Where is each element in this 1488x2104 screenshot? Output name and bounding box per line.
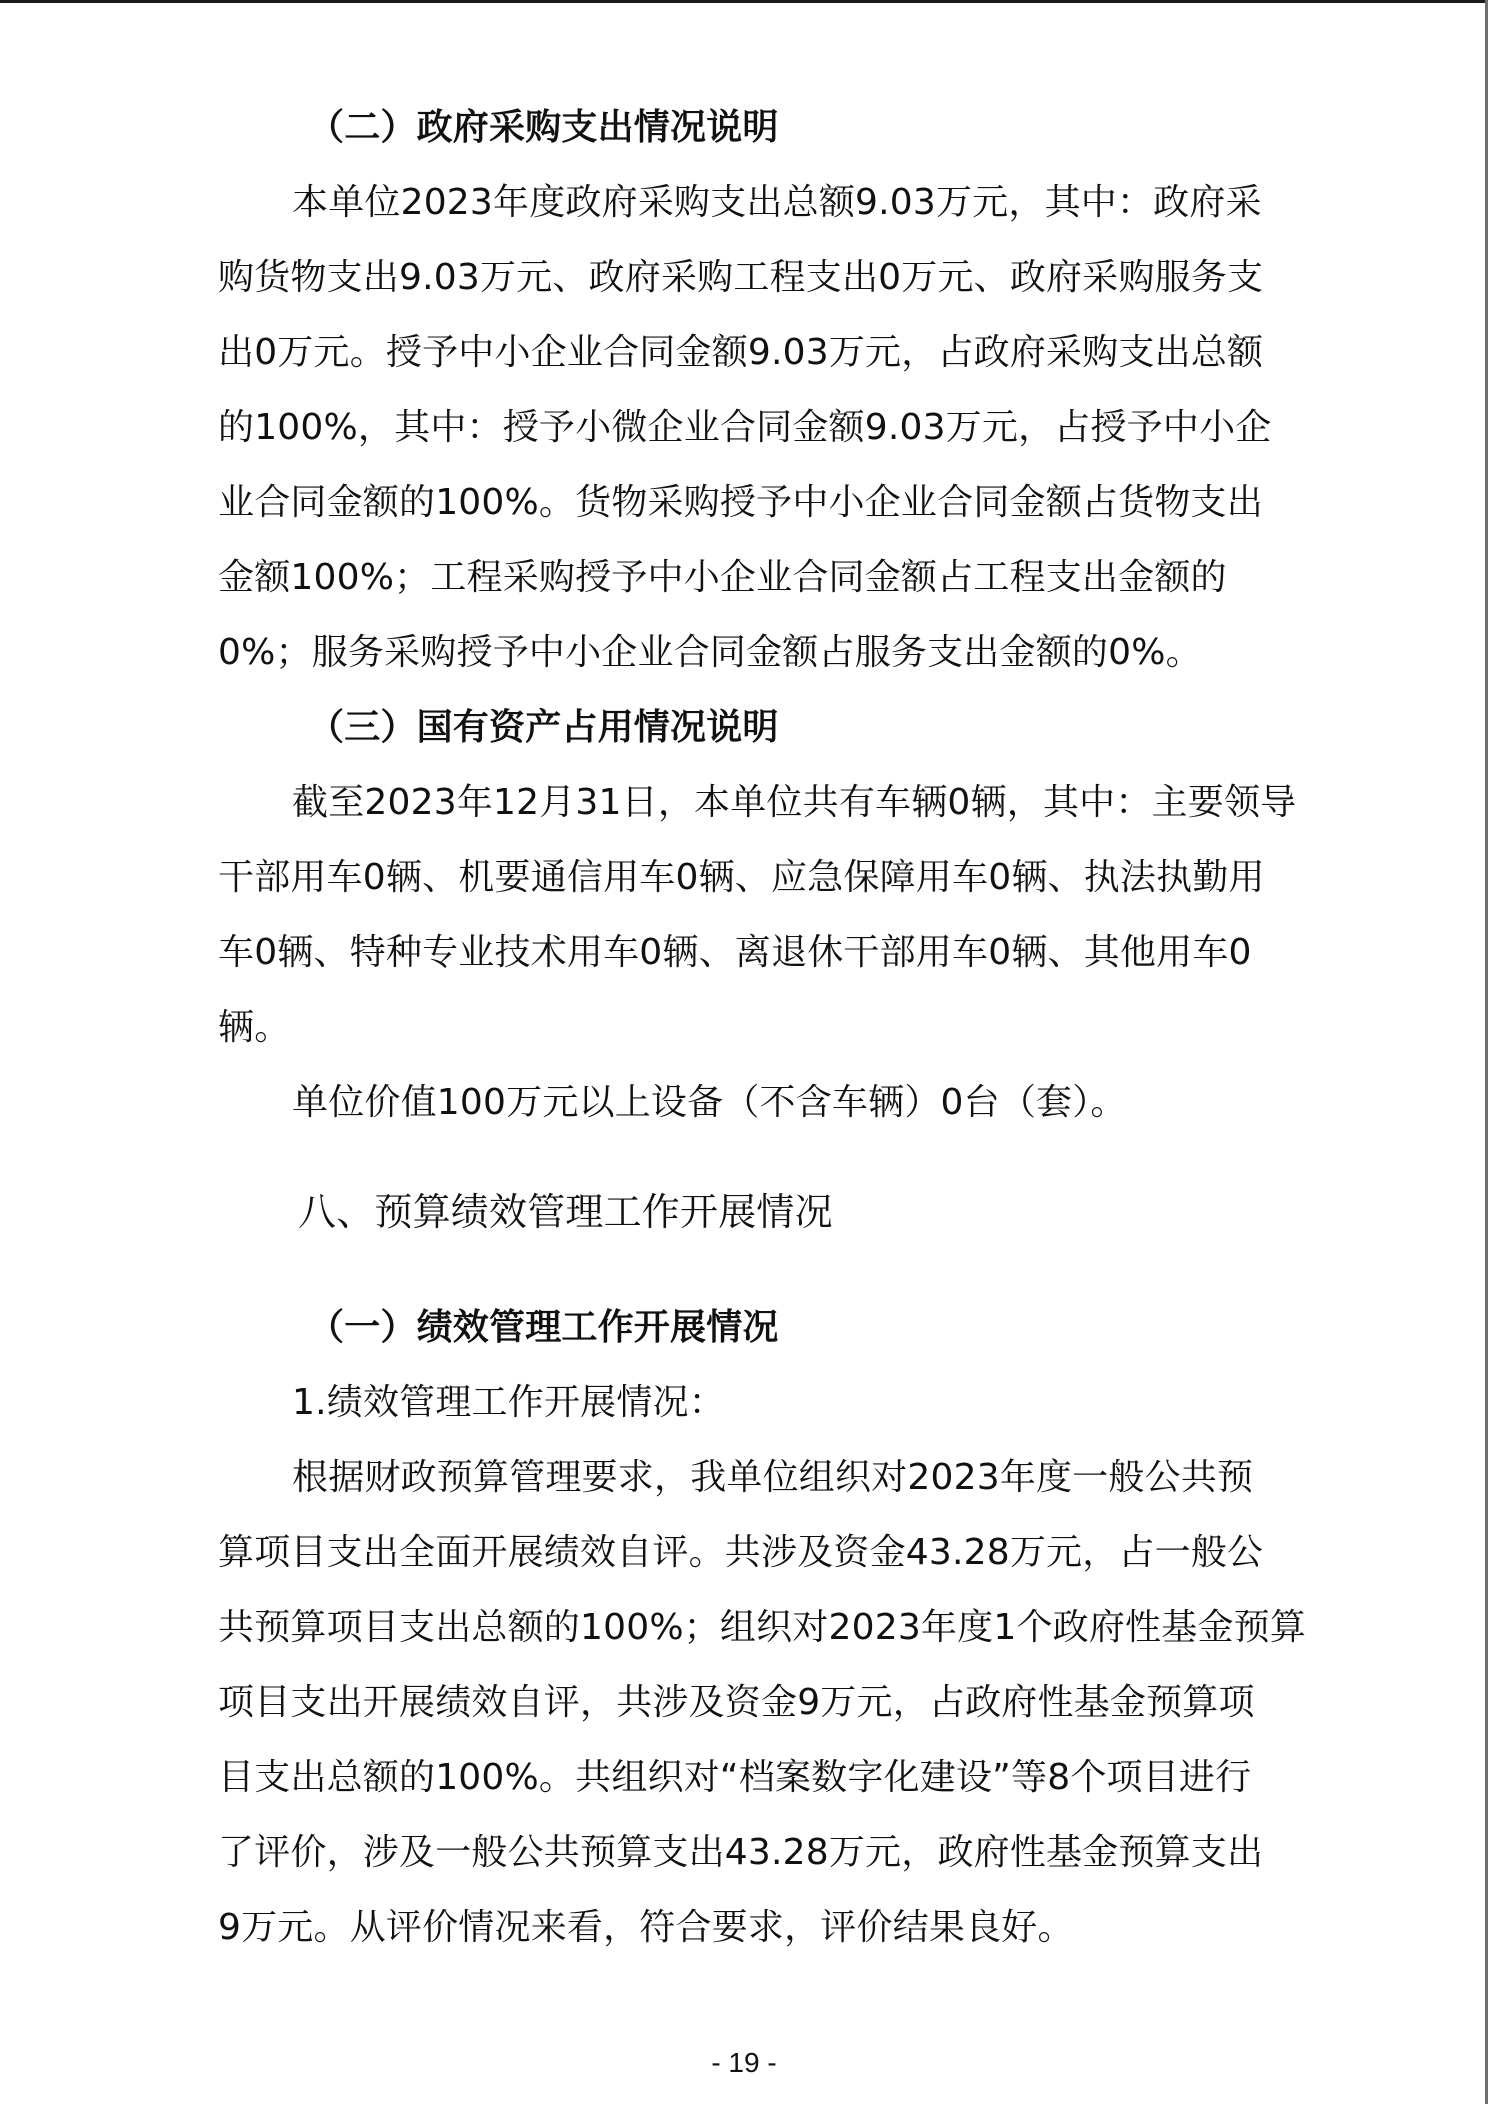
paragraph-line: 金额100%；工程采购授予中小企业合同金额占工程支出金额的: [218, 556, 1288, 600]
item-title: 1.绩效管理工作开展情况：: [292, 1381, 1288, 1425]
paragraph-line: 截至2023年12月31日，本单位共有车辆0辆，其中：主要领导: [292, 781, 1288, 825]
section-heading-government-procurement: （二）政府采购支出情况说明: [308, 106, 1378, 150]
paragraph-line: 算项目支出全面开展绩效自评。共涉及资金43.28万元，占一般公: [218, 1531, 1288, 1575]
paragraph-line: 干部用车0辆、机要通信用车0辆、应急保障用车0辆、执法执勤用: [218, 856, 1288, 900]
paragraph-line: 车0辆、特种专业技术用车0辆、离退休干部用车0辆、其他用车0: [218, 931, 1288, 975]
paragraph-line: 本单位2023年度政府采购支出总额9.03万元，其中：政府采: [292, 181, 1288, 225]
paragraph-line: 业合同金额的100%。货物采购授予中小企业合同金额占货物支出: [218, 481, 1288, 525]
paragraph-line: 辆。: [218, 1006, 1288, 1050]
paragraph-line: 购货物支出9.03万元、政府采购工程支出0万元、政府采购服务支: [218, 256, 1288, 300]
page-number: - 19 -: [0, 2046, 1488, 2080]
paragraph-line: 了评价，涉及一般公共预算支出43.28万元，政府性基金预算支出: [218, 1831, 1288, 1875]
paragraph-line: 根据财政预算管理要求，我单位组织对2023年度一般公共预: [292, 1456, 1288, 1500]
paragraph-line: 0%；服务采购授予中小企业合同金额占服务支出金额的0%。: [218, 631, 1288, 675]
paragraph-line: 的100%，其中：授予小微企业合同金额9.03万元，占授予中小企: [218, 406, 1288, 450]
page-top-border: [0, 0, 1488, 3]
equipment-line: 单位价值100万元以上设备（不含车辆）0台（套）。: [292, 1081, 1288, 1125]
paragraph-line: 9万元。从评价情况来看，符合要求，评价结果良好。: [218, 1906, 1288, 1950]
paragraph-line: 共预算项目支出总额的100%；组织对2023年度1个政府性基金预算: [218, 1606, 1288, 1650]
subsection-heading-performance-work: （一）绩效管理工作开展情况: [308, 1306, 1378, 1350]
section-heading-state-assets: （三）国有资产占用情况说明: [308, 706, 1378, 750]
paragraph-line: 出0万元。授予中小企业合同金额9.03万元，占政府采购支出总额: [218, 331, 1288, 375]
paragraph-line: 项目支出开展绩效自评，共涉及资金9万元，占政府性基金预算项: [218, 1681, 1288, 1725]
paragraph-line: 目支出总额的100%。共组织对“档案数字化建设”等8个项目进行: [218, 1756, 1288, 1800]
chapter-heading-performance-management: 八、预算绩效管理工作开展情况: [298, 1190, 1368, 1234]
